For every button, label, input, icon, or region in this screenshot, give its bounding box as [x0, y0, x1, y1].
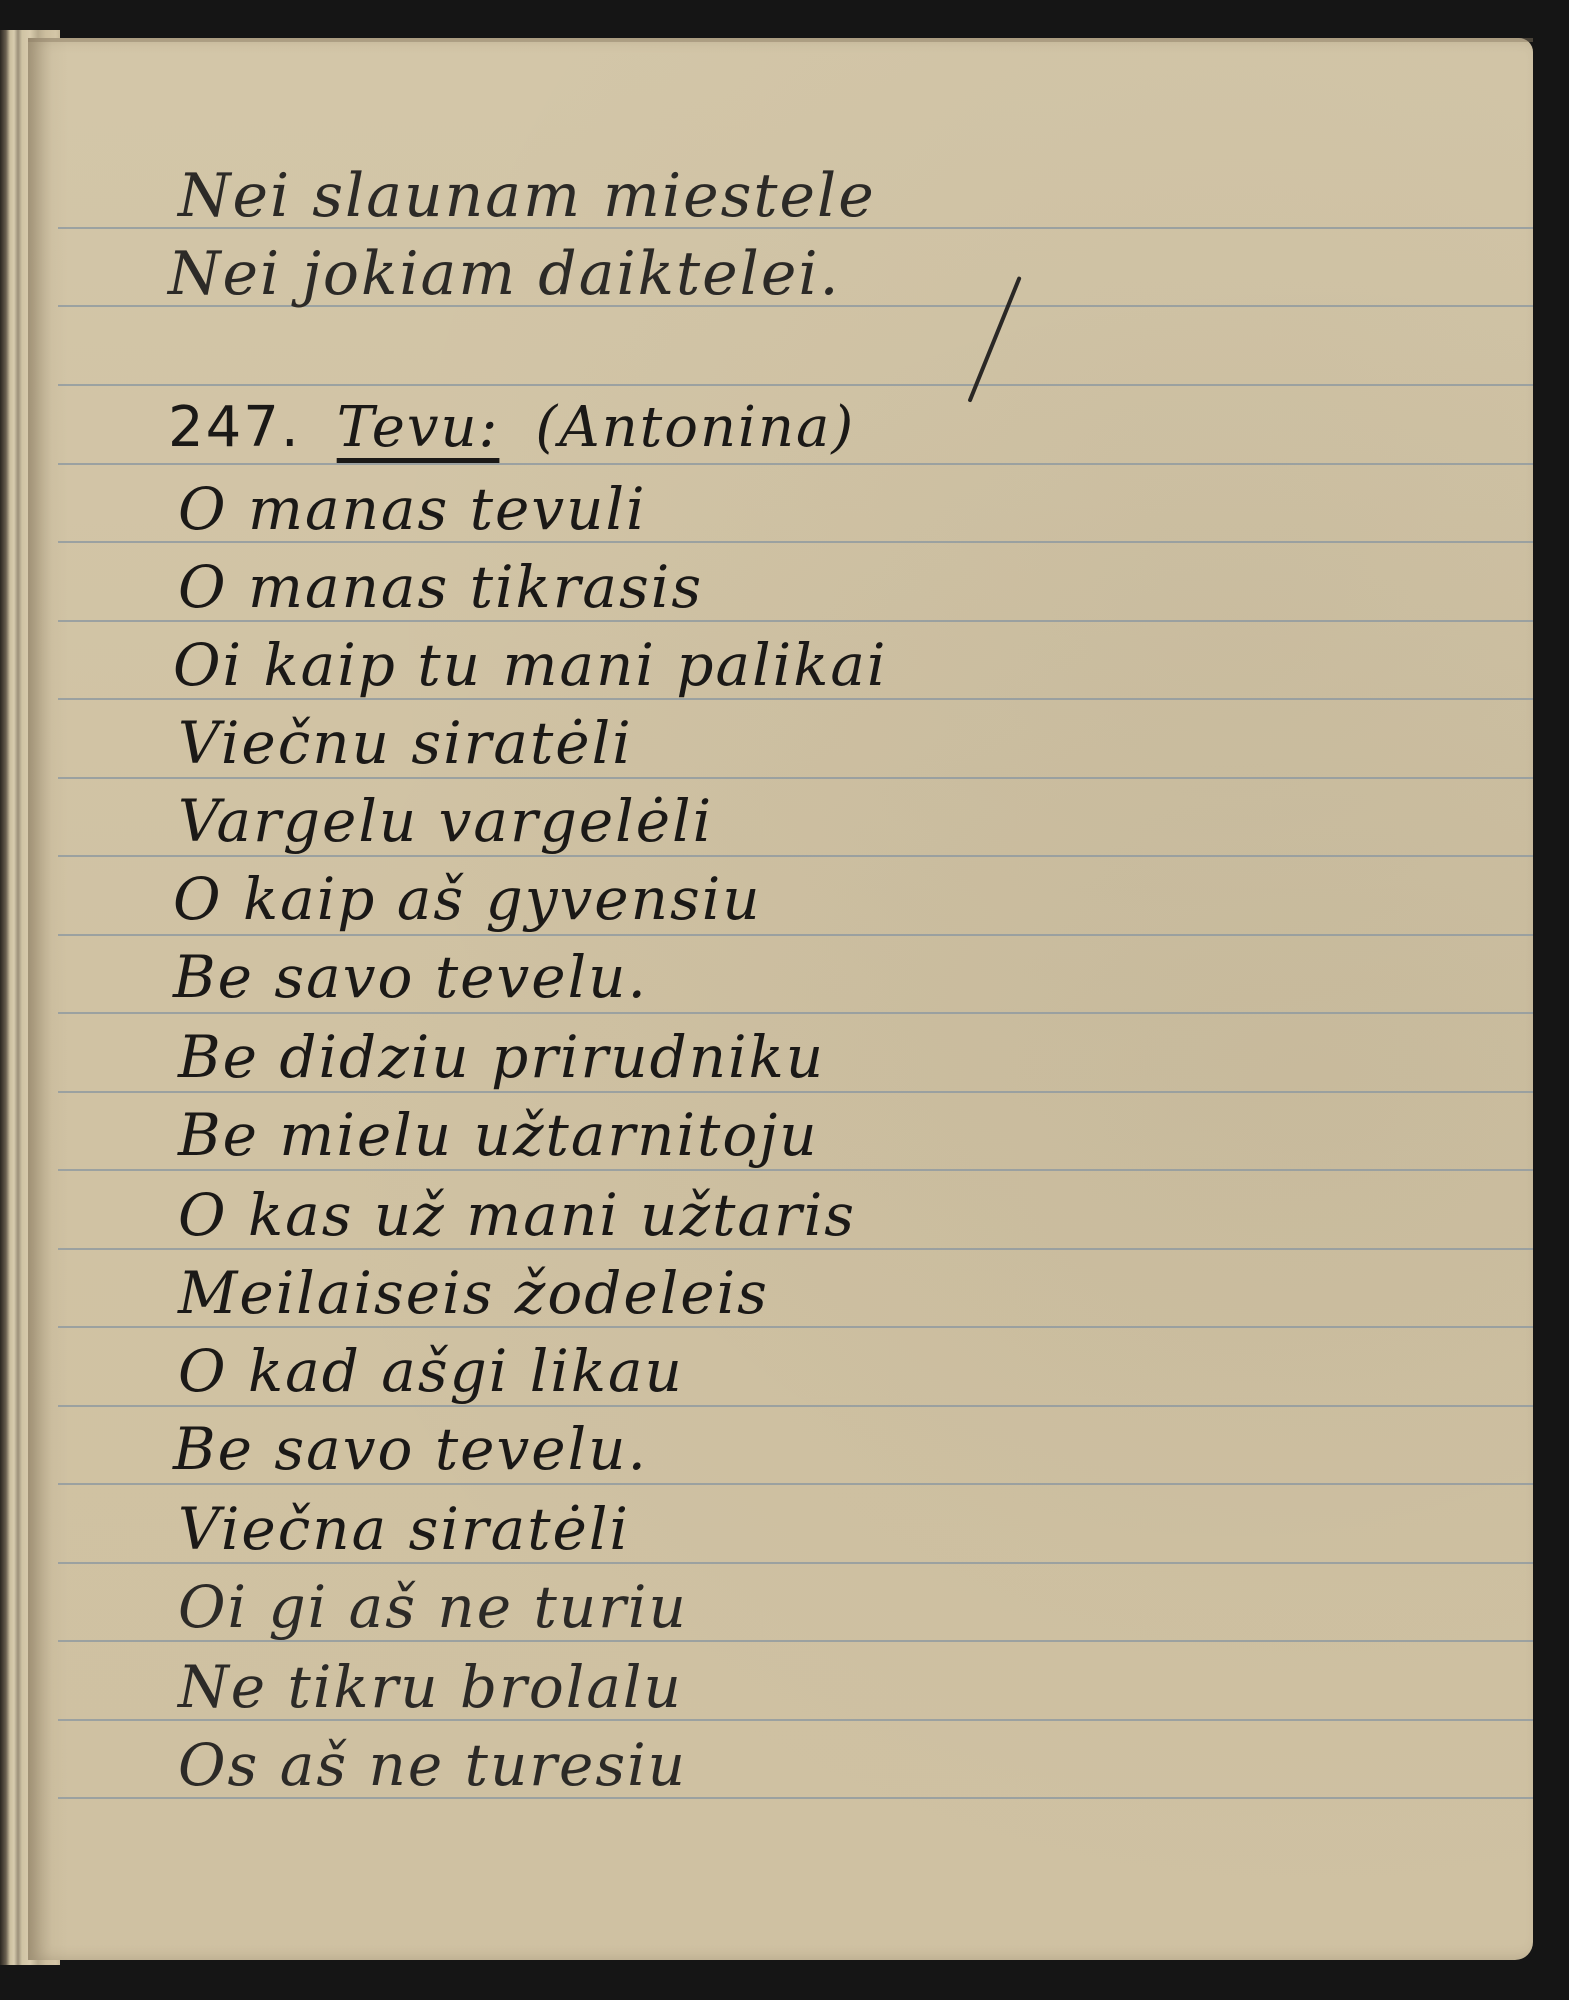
ruled-line [58, 1012, 1533, 1014]
song-line: O kad ašgi likau [178, 1342, 684, 1400]
ruled-line [58, 1483, 1533, 1485]
song-line: O manas tikrasis [178, 558, 703, 616]
song-line: O manas tevuli [178, 480, 647, 538]
song-line: Be savo tevelu. [173, 948, 648, 1006]
ruled-line [58, 463, 1533, 465]
song-line: Ne tikru brolalu [178, 1658, 683, 1716]
song-line: O kas už mani užtaris [178, 1186, 856, 1244]
song-line: Vargelu vargelėli [178, 792, 713, 850]
song-line: Os aš ne turesiu [178, 1736, 687, 1794]
spine-shadow [28, 38, 68, 1960]
ruled-line [58, 384, 1533, 386]
song-heading: 247.Tevu:(Antonina) [168, 400, 855, 456]
song-number: 247. [168, 395, 301, 460]
ruled-line [58, 934, 1533, 936]
song-line: Oi gi aš ne turiu [178, 1578, 688, 1636]
ruled-line [58, 1091, 1533, 1093]
ruled-line [58, 777, 1533, 779]
page-edge [28, 38, 1533, 42]
notebook-page: Nei slaunam miestele Nei jokiam daiktele… [28, 38, 1533, 1960]
handwritten-line: Nei slaunam miestele [178, 166, 876, 226]
ruled-line [58, 1169, 1533, 1171]
song-line: Oi kaip tu mani palikai [173, 636, 887, 694]
song-line: Viečnu siratėli [178, 714, 633, 772]
handwritten-line: Nei jokiam daiktelei. [168, 244, 841, 304]
song-line: Meilaiseis žodeleis [178, 1264, 769, 1322]
song-title: Tevu: [337, 395, 500, 460]
song-line: Be mielu užtarnitoju [178, 1106, 819, 1164]
ruled-line [58, 1405, 1533, 1407]
scanned-page: Nei slaunam miestele Nei jokiam daiktele… [0, 0, 1569, 2000]
singer-name: (Antonina) [535, 395, 855, 460]
song-line: Viečna siratėli [178, 1500, 630, 1558]
song-line: O kaip aš gyvensiu [173, 870, 762, 928]
song-line: Be savo tevelu. [173, 1420, 648, 1478]
ruled-line [58, 855, 1533, 857]
song-line: Be didziu prirudniku [178, 1028, 825, 1086]
